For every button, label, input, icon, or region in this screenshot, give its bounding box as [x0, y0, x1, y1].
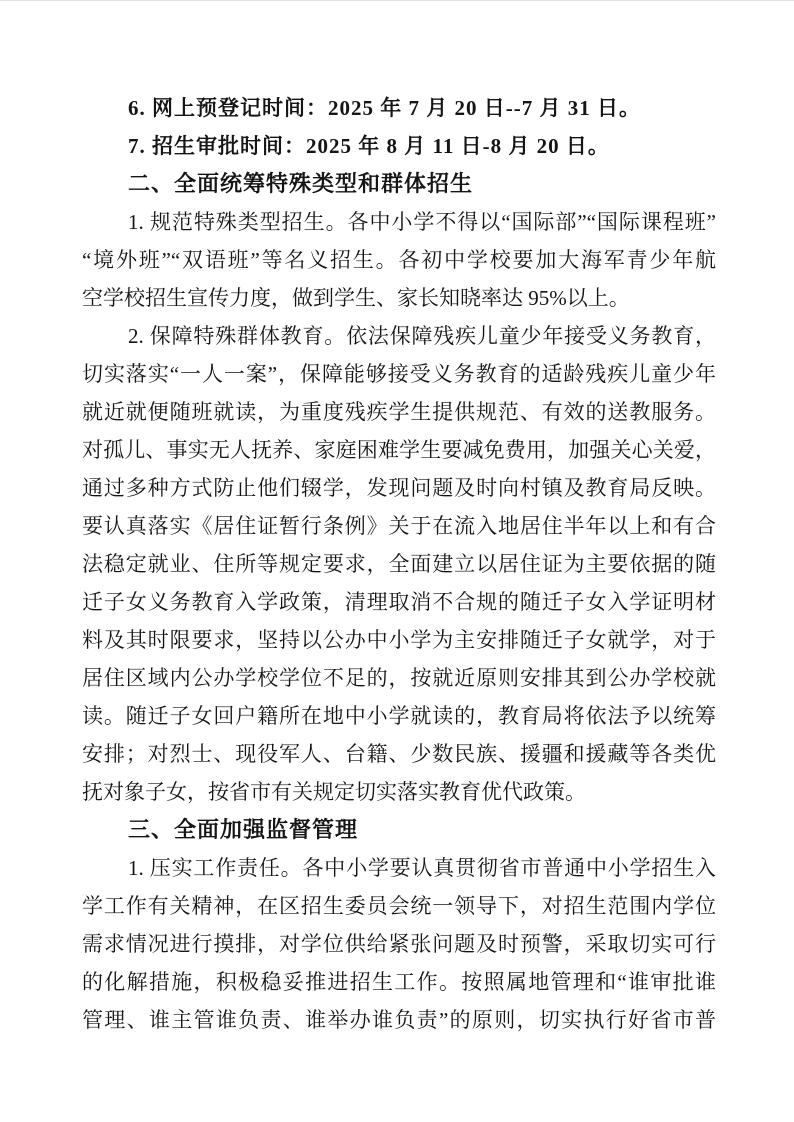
section-heading: 三、全面加强监督管理: [82, 811, 716, 849]
paragraph-line: 学工作有关精神，在区招生委员会统一领导下，对招生范围内学位: [82, 887, 716, 925]
paragraph-line: 通过多种方式防止他们辍学，发现问题及时向村镇及教育局反映。: [82, 469, 716, 507]
paragraph-line: 就近就便随班就读，为重度残疾学生提供规范、有效的送教服务。: [82, 393, 716, 431]
paragraph-line: 管理、谁主管谁负责、谁举办谁负责”的原则，切实执行好省市普: [82, 1001, 716, 1039]
paragraph-line: 1. 规范特殊类型招生。各中小学不得以“国际部”“国际课程班”: [82, 203, 716, 241]
paragraph-line: 安排；对烈士、现役军人、台籍、少数民族、援疆和援藏等各类优: [82, 735, 716, 773]
paragraph-line: 1. 压实工作责任。各中小学要认真贯彻省市普通中小学招生入: [82, 849, 716, 887]
section-heading: 二、全面统筹特殊类型和群体招生: [82, 165, 716, 203]
document-body: 6. 网上预登记时间：2025 年 7 月 20 日--7 月 31 日。7. …: [82, 89, 716, 1039]
paragraph-line: 空学校招生宣传力度，做到学生、家长知晓率达 95%以上。: [82, 279, 716, 317]
paragraph-line: 需求情况进行摸排，对学位供给紧张问题及时预警，采取切实可行: [82, 925, 716, 963]
numbered-item: 7. 招生审批时间：2025 年 8 月 11 日-8 月 20 日。: [82, 127, 716, 165]
numbered-item: 6. 网上预登记时间：2025 年 7 月 20 日--7 月 31 日。: [82, 89, 716, 127]
paragraph-line: 对孤儿、事实无人抚养、家庭困难学生要减免费用，加强关心关爱，: [82, 431, 716, 469]
paragraph-line: 要认真落实《居住证暂行条例》关于在流入地居住半年以上和有合: [82, 507, 716, 545]
paragraph-line: 切实落实“一人一案”，保障能够接受义务教育的适龄残疾儿童少年: [82, 355, 716, 393]
paragraph-line: 料及其时限要求，坚持以公办中小学为主安排随迁子女就学，对于: [82, 621, 716, 659]
paragraph-line: 迁子女义务教育入学政策，清理取消不合规的随迁子女入学证明材: [82, 583, 716, 621]
paragraph-line: 居住区域内公办学校学位不足的，按就近原则安排其到公办学校就: [82, 659, 716, 697]
paragraph-line: 法稳定就业、住所等规定要求，全面建立以居住证为主要依据的随: [82, 545, 716, 583]
paragraph-line: 2. 保障特殊群体教育。依法保障残疾儿童少年接受义务教育，: [82, 317, 716, 355]
document-page: 6. 网上预登记时间：2025 年 7 月 20 日--7 月 31 日。7. …: [0, 0, 794, 1122]
paragraph-line: 抚对象子女，按省市有关规定切实落实教育优代政策。: [82, 773, 716, 811]
paragraph-line: 的化解措施，积极稳妥推进招生工作。按照属地管理和“谁审批谁: [82, 963, 716, 1001]
paragraph-line: 读。随迁子女回户籍所在地中小学就读的，教育局将依法予以统筹: [82, 697, 716, 735]
paragraph-line: “境外班”“双语班”等名义招生。各初中学校要加大海军青少年航: [82, 241, 716, 279]
